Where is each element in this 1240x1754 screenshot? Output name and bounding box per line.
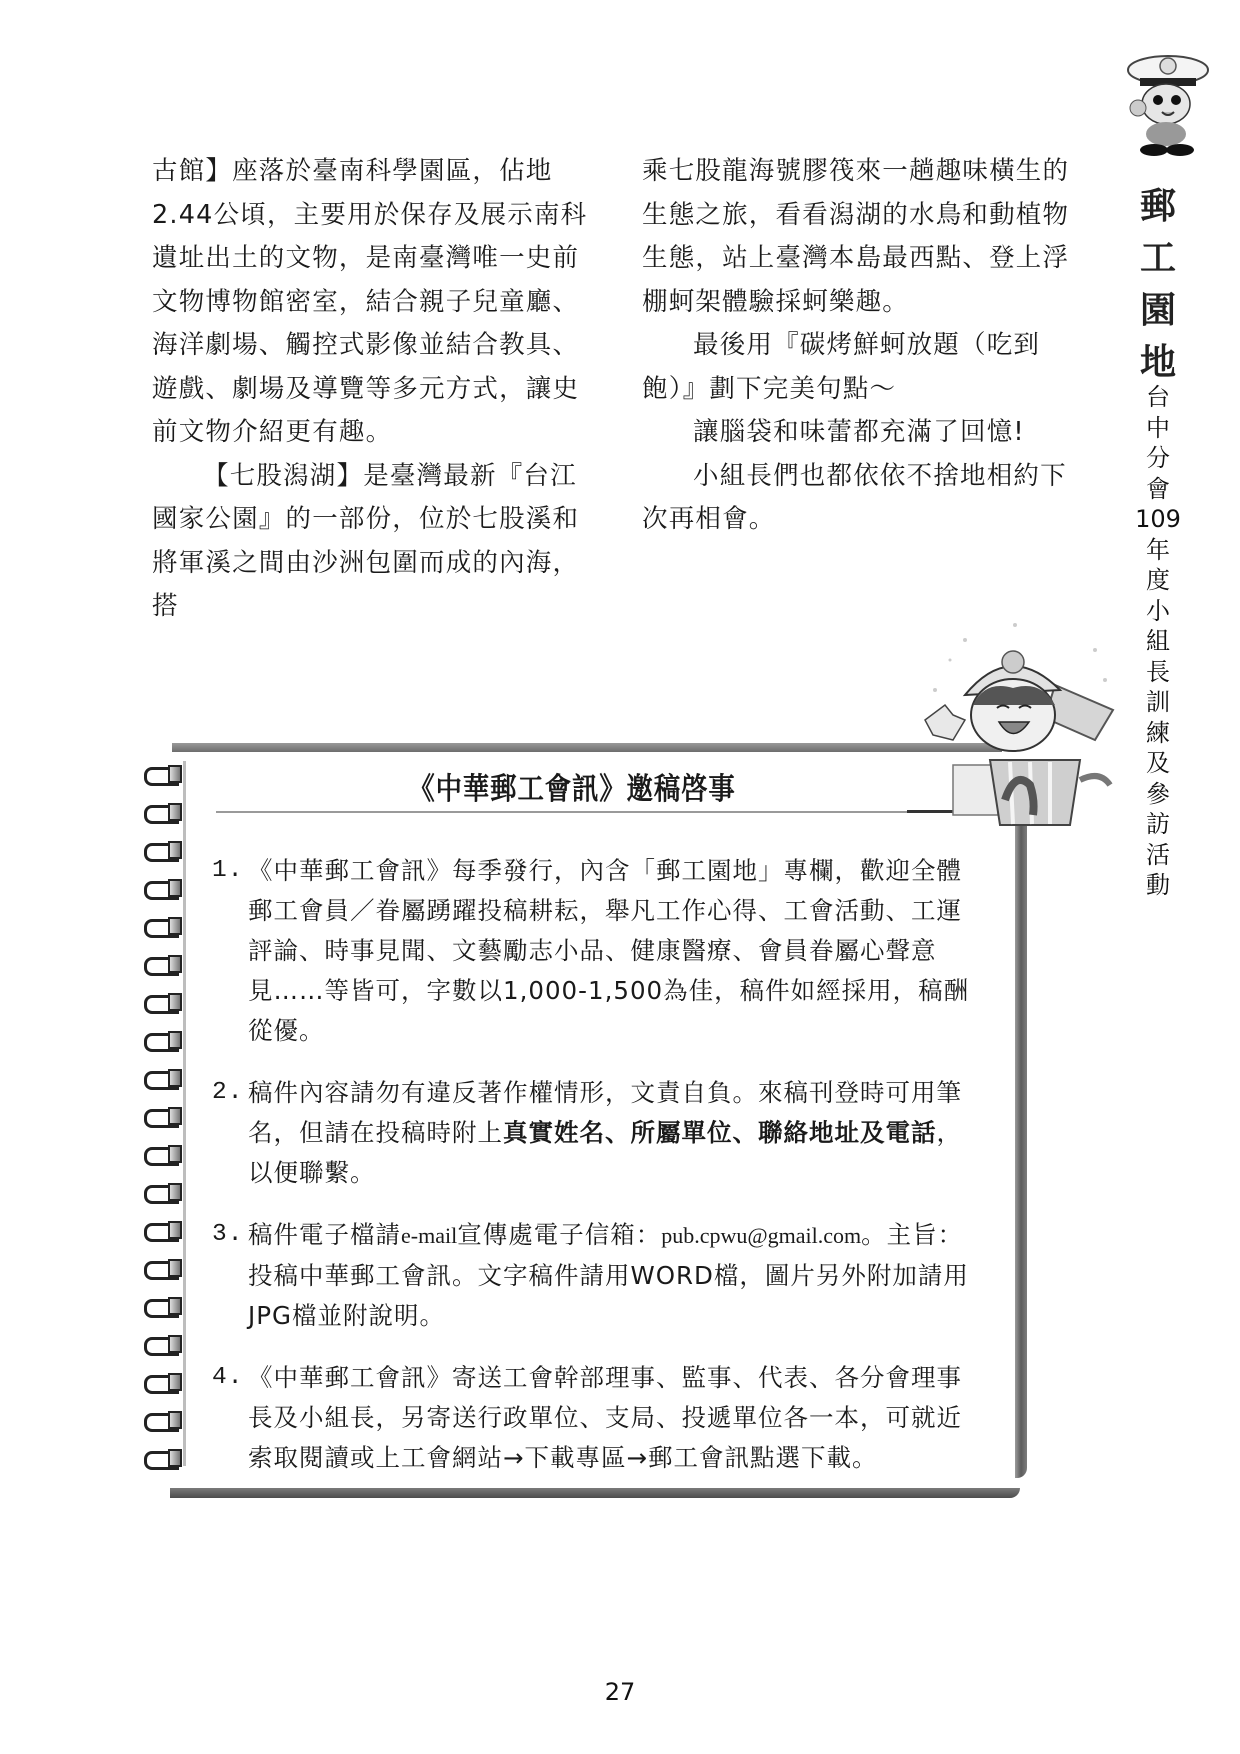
notice-item: 1. 《中華郵工會訊》每季發行，內含「郵工園地」專欄，歡迎全體郵工會員／眷屬踴躍… — [212, 851, 987, 1051]
spiral-ring-icon — [144, 765, 190, 783]
call-for-submissions-notebook: 《中華郵工會訊》邀稿啓事 1. 《中華郵工會訊》每季發行，內含「郵工園地」專欄，… — [172, 743, 1027, 1498]
paragraph: 最後用『碳烤鮮蚵放題（吃到飽）』劃下完美句點～ — [642, 324, 1092, 411]
section-title-char: 工 — [1128, 232, 1188, 284]
article-title-char: 練 — [1128, 718, 1188, 749]
spiral-ring-icon — [144, 955, 190, 973]
article-title-char: 度 — [1128, 565, 1188, 596]
paragraph: 小組長們也都依依不捨地相約下次再相會。 — [642, 455, 1092, 542]
spiral-ring-icon — [144, 1449, 190, 1467]
article-title-char: 年 — [1128, 535, 1188, 566]
spiral-ring-icon — [144, 1107, 190, 1125]
paragraph: 古館】座落於臺南科學園區，佔地2.44公頃，主要用於保存及展示南科遺址出土的文物… — [152, 150, 602, 455]
article-column-left: 古館】座落於臺南科學園區，佔地2.44公頃，主要用於保存及展示南科遺址出土的文物… — [152, 150, 602, 629]
article-title-char: 中 — [1128, 413, 1188, 444]
spiral-ring-icon — [144, 993, 190, 1011]
spiral-ring-icon — [144, 917, 190, 935]
email-address-link[interactable]: pub.cpwu@gmail.com — [661, 1223, 861, 1248]
article-title-char: 109 — [1128, 504, 1188, 535]
spiral-ring-icon — [144, 1183, 190, 1201]
item-text: 《中華郵工會訊》寄送工會幹部理事、監事、代表、各分會理事長及小組長，另寄送行政單… — [248, 1363, 962, 1472]
spiral-ring-icon — [144, 879, 190, 897]
section-title-char: 郵 — [1128, 180, 1188, 232]
paragraph: 讓腦袋和味蕾都充滿了回憶! — [642, 411, 1092, 455]
article-title-char: 活 — [1128, 840, 1188, 871]
notice-title: 《中華郵工會訊》邀稿啓事 — [220, 764, 924, 808]
postman-mascot-icon — [1118, 48, 1210, 158]
item-text: 宣傳處電子信箱： — [457, 1220, 661, 1249]
spiral-ring-icon — [144, 803, 190, 821]
article-title-vertical: 台 中 分 會 109 年 度 小 組 長 訓 練 及 參 訪 活 動 — [1128, 382, 1188, 901]
item-number: 2. — [212, 1073, 243, 1113]
section-title: 郵 工 園 地 — [1128, 180, 1188, 388]
article-title-char: 會 — [1128, 474, 1188, 505]
paragraph: 乘七股龍海號膠筏來一趟趣味橫生的生態之旅，看看潟湖的水鳥和動植物生態，站上臺灣本… — [642, 150, 1092, 324]
item-text: 《中華郵工會訊》每季發行，內含「郵工園地」專欄，歡迎全體郵工會員／眷屬踴躍投稿耕… — [248, 856, 969, 1045]
page-number: 27 — [0, 1678, 1240, 1706]
spiral-ring-icon — [144, 1221, 190, 1239]
item-text-bold: 真實姓名、所屬單位、聯絡地址及電話 — [503, 1118, 937, 1147]
article-title-char: 組 — [1128, 626, 1188, 657]
article-title-char: 訓 — [1128, 687, 1188, 718]
article-title-char: 參 — [1128, 779, 1188, 810]
item-text: 稿件電子檔請 — [248, 1220, 401, 1249]
email-label: e-mail — [401, 1223, 457, 1248]
notebook-right-edge — [1015, 813, 1027, 1478]
article-title-char: 台 — [1128, 382, 1188, 413]
article-title-char: 動 — [1128, 870, 1188, 901]
article-title-char: 分 — [1128, 443, 1188, 474]
article-title-char: 長 — [1128, 657, 1188, 688]
spiral-ring-icon — [144, 841, 190, 859]
notice-item: 2. 稿件內容請勿有違反著作權情形，文責自負。來稿刊登時可用筆名，但請在投稿時附… — [212, 1073, 987, 1193]
spiral-ring-icon — [144, 1411, 190, 1429]
paragraph: 【七股潟湖】是臺灣最新『台江國家公園』的一部份，位於七股溪和將軍溪之間由沙洲包圍… — [152, 455, 602, 629]
item-number: 3. — [212, 1215, 243, 1255]
spiral-ring-icon — [144, 1259, 190, 1277]
article-title-char: 訪 — [1128, 809, 1188, 840]
spiral-ring-icon — [144, 1069, 190, 1087]
title-divider — [216, 811, 926, 813]
spiral-ring-icon — [144, 1335, 190, 1353]
article-column-right: 乘七股龍海號膠筏來一趟趣味橫生的生態之旅，看看潟湖的水鳥和動植物生態，站上臺灣本… — [642, 150, 1092, 542]
girl-mascot-gift-box-icon — [905, 600, 1115, 830]
spiral-ring-icon — [144, 1373, 190, 1391]
spiral-ring-icon — [144, 1031, 190, 1049]
article-title-char: 及 — [1128, 748, 1188, 779]
notice-item: 4. 《中華郵工會訊》寄送工會幹部理事、監事、代表、各分會理事長及小組長，另寄送… — [212, 1358, 987, 1478]
section-title-char: 園 — [1128, 284, 1188, 336]
item-number: 1. — [212, 851, 243, 891]
notice-item: 3. 稿件電子檔請e-mail宣傳處電子信箱：pub.cpwu@gmail.co… — [212, 1215, 987, 1336]
notice-list: 1. 《中華郵工會訊》每季發行，內含「郵工園地」專欄，歡迎全體郵工會員／眷屬踴躍… — [212, 851, 987, 1500]
notebook-top-edge — [172, 743, 1002, 752]
spiral-ring-icon — [144, 1297, 190, 1315]
item-number: 4. — [212, 1358, 243, 1398]
spiral-ring-icon — [144, 1145, 190, 1163]
article-title-char: 小 — [1128, 596, 1188, 627]
section-title-char: 地 — [1128, 336, 1188, 388]
